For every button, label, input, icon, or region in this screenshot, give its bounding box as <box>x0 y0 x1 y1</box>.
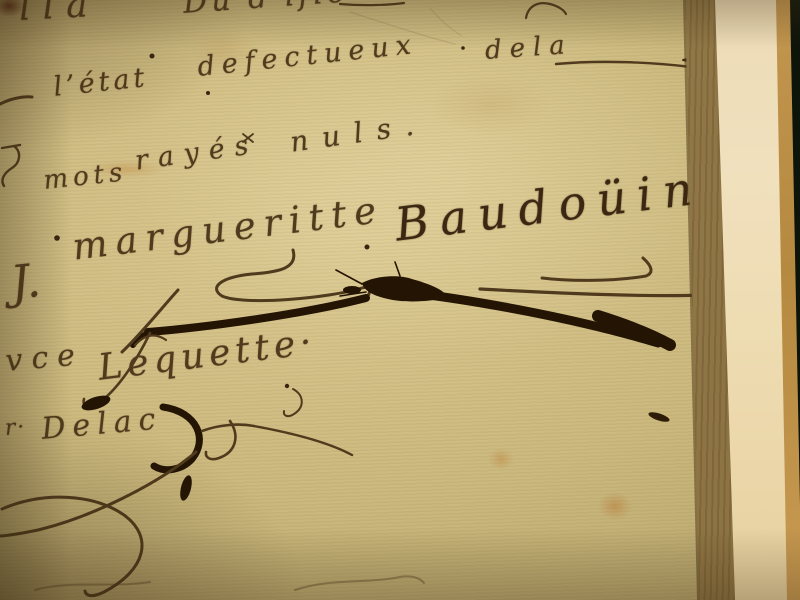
signature-delac-prefix: r· <box>4 414 27 440</box>
manuscript-photo: lla Du d’iflo l’état defectueux dela mot… <box>0 0 800 600</box>
signature-lequette-prefix: vce <box>4 337 85 379</box>
handwriting-line1-left: lla <box>18 0 101 29</box>
signature-margueritte-initial: J. <box>8 253 43 310</box>
handwriting-line2-word3: dela <box>484 30 574 66</box>
